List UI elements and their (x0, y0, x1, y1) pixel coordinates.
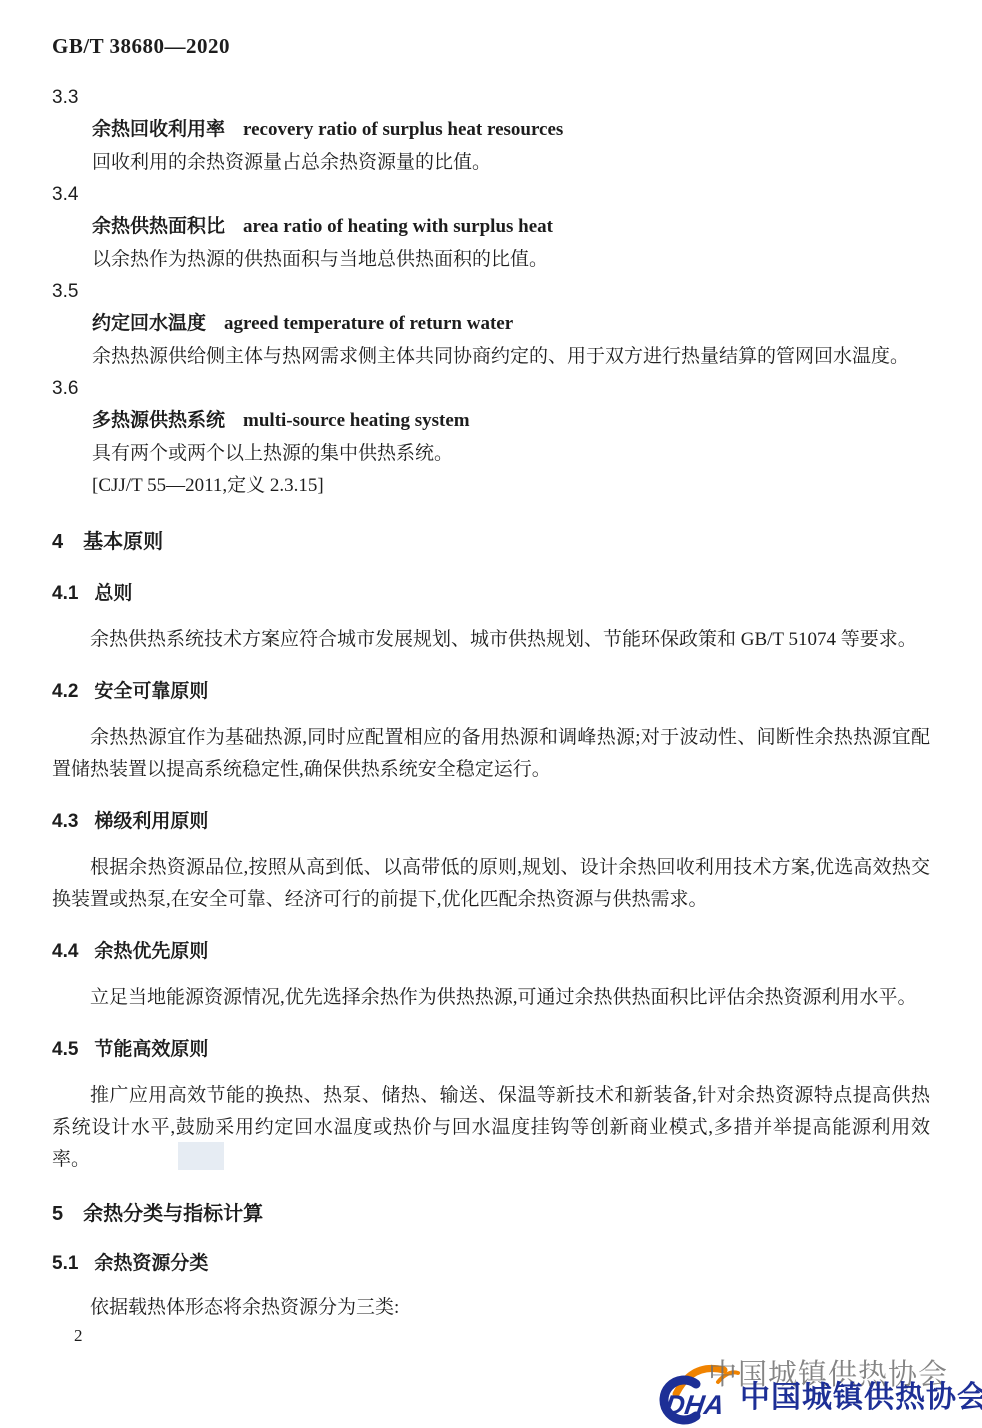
subsection-number: 4.4 (52, 941, 78, 962)
subsection-4-2-body: 余热热源宜作为基础热源,同时应配置相应的备用热源和调峰热源;对于波动性、间断性余… (52, 722, 930, 786)
subsection-number: 4.2 (52, 681, 78, 702)
term-number: 3.3 (52, 82, 930, 114)
subsection-5-1-body: 依据载热体形态将余热资源分为三类: (52, 1292, 930, 1324)
subsection-4-1-body: 余热供热系统技术方案应符合城市发展规划、城市供热规划、节能环保政策和 GB/T … (52, 624, 930, 656)
subsection-5-1-heading: 5.1余热资源分类 (52, 1248, 930, 1280)
subsection-title: 余热优先原则 (94, 941, 208, 962)
subsection-title: 节能高效原则 (94, 1039, 208, 1060)
svg-text:DHA: DHA (663, 1389, 726, 1420)
term-zh: 约定回水温度 (92, 313, 206, 334)
terms-section: 3.3 余热回收利用率recovery ratio of surplus hea… (52, 82, 930, 502)
chapter-number: 4 (52, 531, 63, 553)
subsection-number: 4.3 (52, 811, 78, 832)
chapter-4-section: 4基本原则 4.1总则 余热供热系统技术方案应符合城市发展规划、城市供热规划、节… (52, 526, 930, 1176)
term-definition: 以余热作为热源的供热面积与当地总供热面积的比值。 (52, 244, 930, 276)
term-zh: 余热供热面积比 (92, 216, 225, 237)
subsection-number: 5.1 (52, 1253, 78, 1274)
doc-code: GB/T 38680—2020 (52, 34, 930, 60)
term-en: recovery ratio of surplus heat resources (243, 119, 563, 140)
term-zh: 多热源供热系统 (92, 410, 225, 431)
document-page: GB/T 38680—2020 3.3 余热回收利用率recovery rati… (0, 0, 982, 1428)
subsection-number: 4.5 (52, 1039, 78, 1060)
term-title: 多热源供热系统multi-source heating system (52, 405, 930, 438)
term-definition: 余热热源供给侧主体与热网需求侧主体共同协商约定的、用于双方进行热量结算的管网回水… (52, 341, 930, 373)
term-number: 3.6 (52, 373, 930, 405)
term-definition: 具有两个或两个以上热源的集中供热系统。 (52, 438, 930, 470)
chapter-title: 余热分类与指标计算 (83, 1203, 263, 1225)
subsection-title: 安全可靠原则 (94, 681, 208, 702)
term-definition: 回收利用的余热资源量占总余热资源量的比值。 (52, 147, 930, 179)
term-number: 3.5 (52, 276, 930, 308)
association-logo-watermark: DHA 中国城镇供热协会 中国城镇供热协会 (652, 1354, 982, 1426)
term-en: agreed temperature of return water (224, 313, 513, 334)
term-en: multi-source heating system (243, 410, 470, 431)
subsection-4-3-heading: 4.3梯级利用原则 (52, 806, 930, 838)
chapter-4-heading: 4基本原则 (52, 526, 930, 558)
subsection-title: 总则 (94, 583, 132, 604)
term-entry-3-5: 3.5 约定回水温度agreed temperature of return w… (52, 276, 930, 373)
term-entry-3-4: 3.4 余热供热面积比area ratio of heating with su… (52, 179, 930, 276)
term-en: area ratio of heating with surplus heat (243, 216, 553, 237)
chapter-5-heading: 5余热分类与指标计算 (52, 1198, 930, 1230)
term-entry-3-6: 3.6 多热源供热系统multi-source heating system 具… (52, 373, 930, 502)
association-name: 中国城镇供热协会 (740, 1372, 982, 1416)
subsection-4-5-body: 推广应用高效节能的换热、热泵、储热、输送、保温等新技术和新装备,针对余热资源特点… (52, 1080, 930, 1176)
subsection-title: 梯级利用原则 (94, 811, 208, 832)
term-number: 3.4 (52, 179, 930, 211)
term-entry-3-3: 3.3 余热回收利用率recovery ratio of surplus hea… (52, 82, 930, 179)
subsection-4-4-heading: 4.4余热优先原则 (52, 936, 930, 968)
subsection-number: 4.1 (52, 583, 78, 604)
subsection-title: 余热资源分类 (94, 1253, 208, 1274)
chapter-number: 5 (52, 1203, 63, 1225)
term-zh: 余热回收利用率 (92, 119, 225, 140)
term-source-reference: [CJJ/T 55—2011,定义 2.3.15] (52, 470, 930, 502)
term-title: 约定回水温度agreed temperature of return water (52, 308, 930, 341)
page-number: 2 (74, 1324, 930, 1348)
subsection-4-3-body: 根据余热资源品位,按照从高到低、以高带低的原则,规划、设计余热回收利用技术方案,… (52, 852, 930, 916)
subsection-4-5-heading: 4.5节能高效原则 (52, 1034, 930, 1066)
chapter-title: 基本原则 (83, 531, 163, 553)
term-title: 余热回收利用率recovery ratio of surplus heat re… (52, 114, 930, 147)
subsection-4-2-heading: 4.2安全可靠原则 (52, 676, 930, 708)
chapter-5-section: 5余热分类与指标计算 5.1余热资源分类 依据载热体形态将余热资源分为三类: (52, 1198, 930, 1324)
subsection-4-4-body: 立足当地能源资源情况,优先选择余热作为供热热源,可通过余热供热面积比评估余热资源… (52, 982, 930, 1014)
subsection-4-1-heading: 4.1总则 (52, 578, 930, 610)
term-title: 余热供热面积比area ratio of heating with surplu… (52, 211, 930, 244)
